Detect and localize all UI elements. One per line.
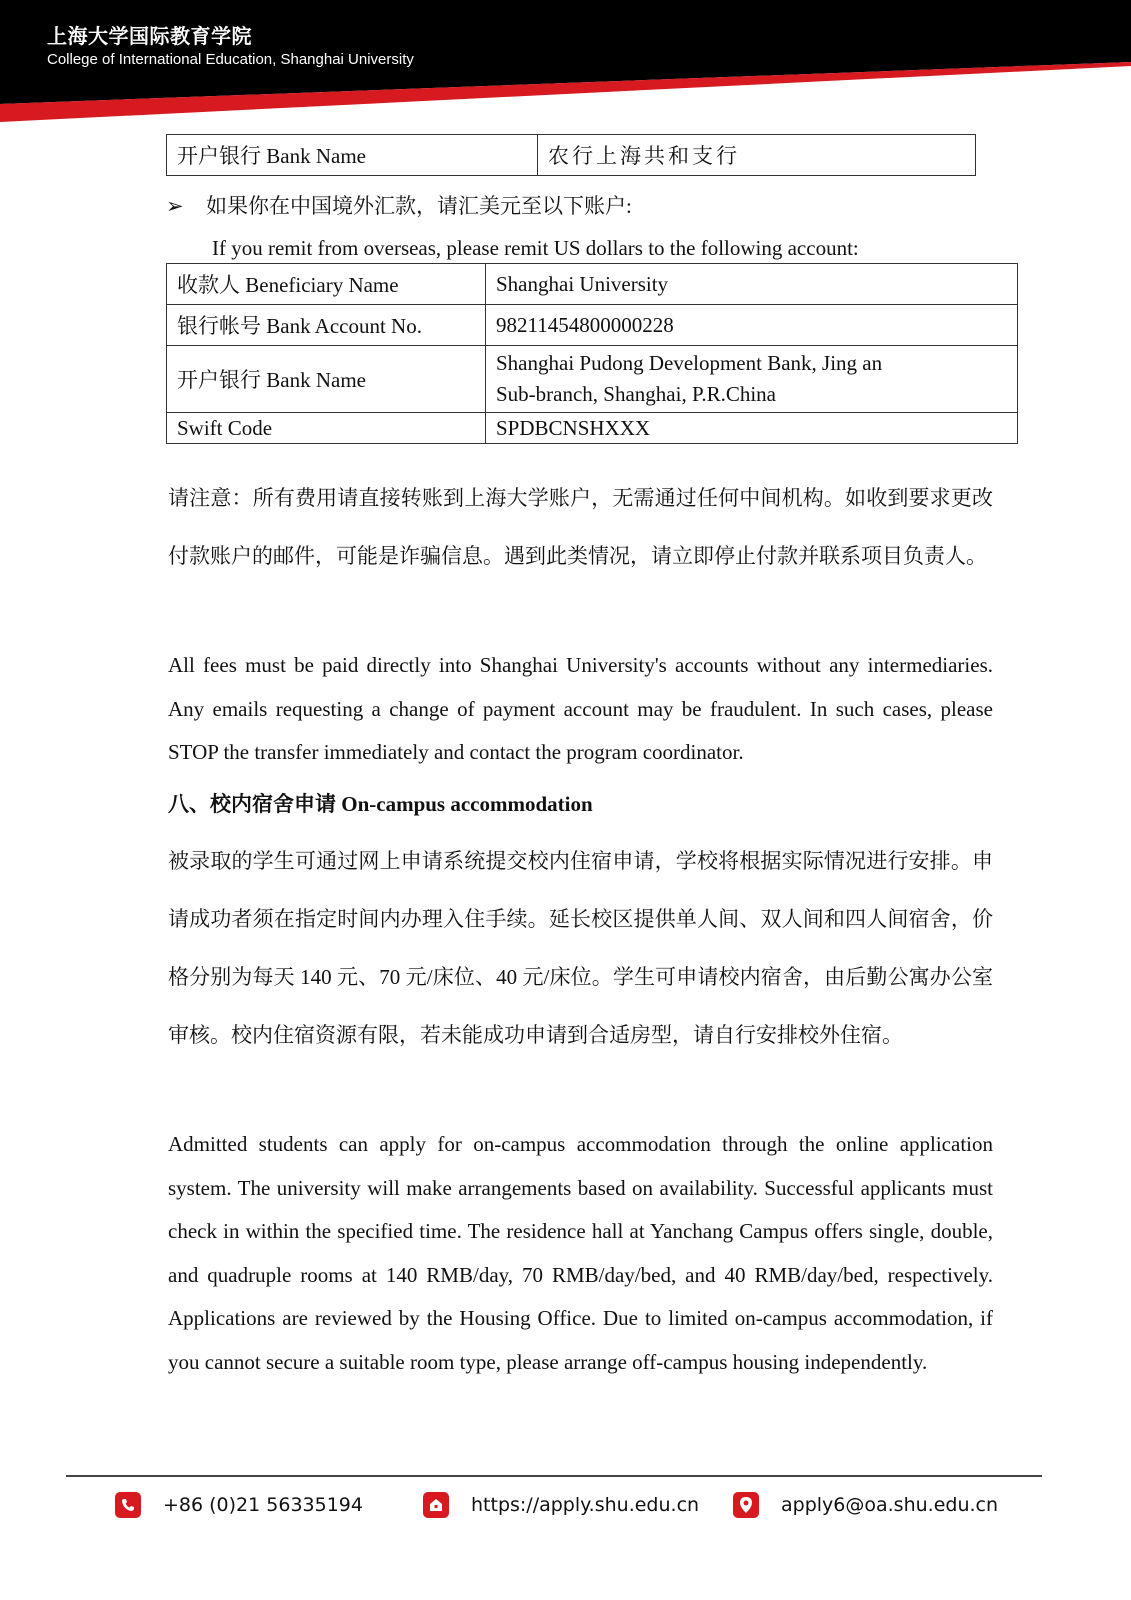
table-cell-value: SPDBCNSHXXX <box>486 413 1018 444</box>
notice-en: All fees must be paid directly into Shan… <box>168 644 993 775</box>
footer-phone: +86 (0)21 56335194 <box>115 1492 363 1518</box>
table-row: 银行帐号 Bank Account No. 98211454800000228 <box>167 305 1018 346</box>
bank-name-line2: Sub-branch, Shanghai, P.R.China <box>496 379 1007 410</box>
home-icon <box>423 1492 449 1518</box>
table-cell-label: 开户银行 Bank Name <box>167 135 538 176</box>
footer-divider <box>66 1475 1042 1477</box>
notice-cn: 请注意：所有费用请直接转账到上海大学账户，无需通过任何中间机构。如收到要求更改付… <box>168 469 993 585</box>
table-row: Swift Code SPDBCNSHXXX <box>167 413 1018 444</box>
overseas-instruction-cn: ➢如果你在中国境外汇款，请汇美元至以下账户: <box>166 190 632 220</box>
domestic-bank-table: 开户银行 Bank Name 农行上海共和支行 <box>166 134 976 176</box>
table-row: 收款人 Beneficiary Name Shanghai University <box>167 264 1018 305</box>
arrow-bullet-icon: ➢ <box>166 194 206 219</box>
college-name-cn: 上海大学国际教育学院 <box>47 20 252 49</box>
table-cell-label: Swift Code <box>167 413 486 444</box>
phone-number: +86 (0)21 56335194 <box>163 1494 363 1516</box>
college-name-en: College of International Education, Shan… <box>47 51 414 68</box>
table-row: 开户银行 Bank Name 农行上海共和支行 <box>167 135 976 176</box>
phone-icon <box>115 1492 141 1518</box>
website-link[interactable]: https://apply.shu.edu.cn <box>471 1494 699 1516</box>
section-heading: 八、校内宿舍申请 On-campus accommodation <box>168 788 593 818</box>
bank-name-line1: Shanghai Pudong Development Bank, Jing a… <box>496 348 1007 379</box>
table-cell-label: 收款人 Beneficiary Name <box>167 264 486 305</box>
page-header: 上海大学国际教育学院 College of International Educ… <box>0 0 1131 130</box>
email-link[interactable]: apply6@oa.shu.edu.cn <box>781 1494 998 1516</box>
footer-website[interactable]: https://apply.shu.edu.cn <box>423 1492 699 1518</box>
table-cell-label: 开户银行 Bank Name <box>167 346 486 413</box>
footer-email[interactable]: apply6@oa.shu.edu.cn <box>733 1492 998 1518</box>
overseas-bank-table: 收款人 Beneficiary Name Shanghai University… <box>166 263 1018 444</box>
table-cell-value: 农行上海共和支行 <box>538 135 976 176</box>
table-row: 开户银行 Bank Name Shanghai Pudong Developme… <box>167 346 1018 413</box>
table-cell-label: 银行帐号 Bank Account No. <box>167 305 486 346</box>
table-cell-value: 98211454800000228 <box>486 305 1018 346</box>
accommodation-en: Admitted students can apply for on-campu… <box>168 1123 993 1384</box>
location-pin-icon <box>733 1492 759 1518</box>
instruction-text: 如果你在中国境外汇款，请汇美元至以下账户: <box>206 194 632 218</box>
table-cell-value: Shanghai Pudong Development Bank, Jing a… <box>486 346 1018 413</box>
table-cell-value: Shanghai University <box>486 264 1018 305</box>
accommodation-cn: 被录取的学生可通过网上申请系统提交校内住宿申请，学校将根据实际情况进行安排。申请… <box>168 832 993 1064</box>
overseas-instruction-en: If you remit from overseas, please remit… <box>212 236 859 261</box>
